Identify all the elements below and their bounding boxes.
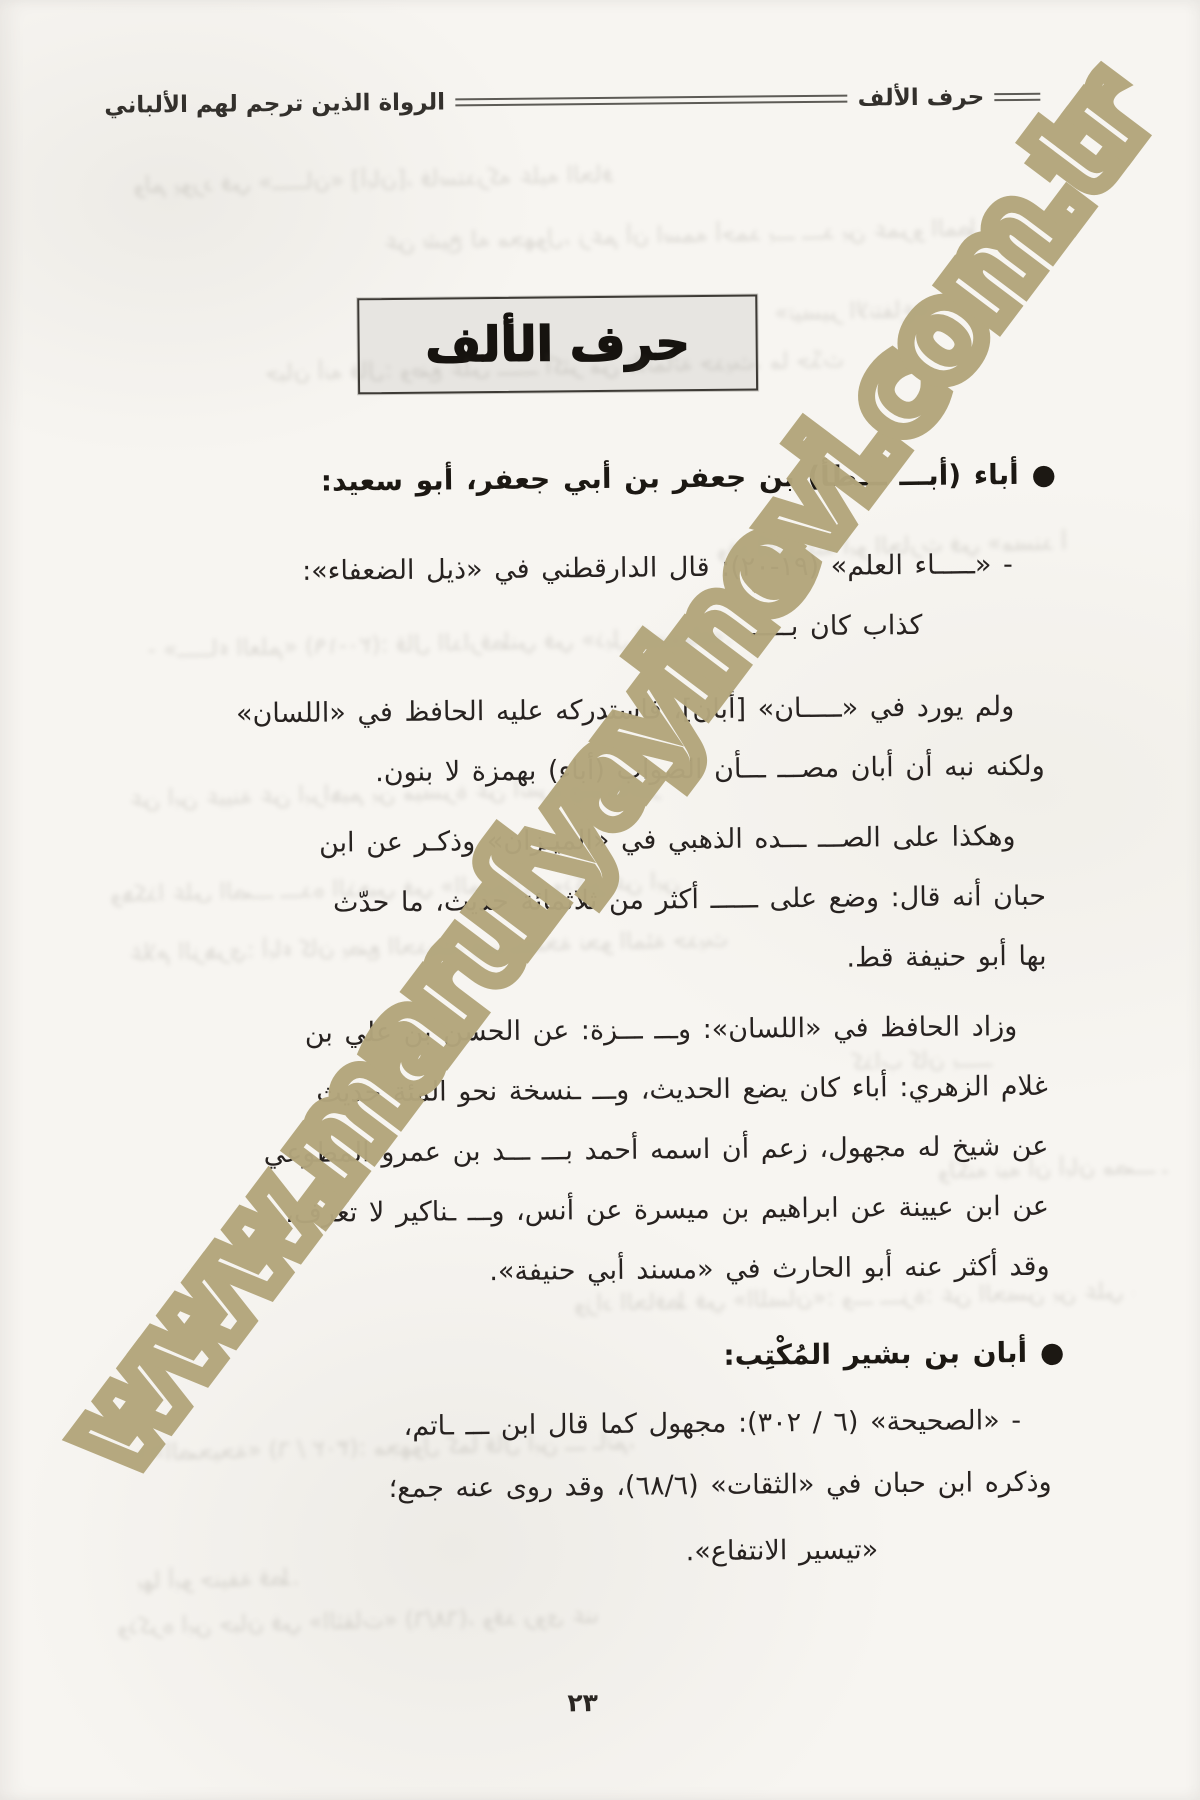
bleedthrough-text: عن شيخ له مجهول، زعم أن اسمه أحمد بـــ ـ… <box>383 215 973 255</box>
entry-heading: ● أباء (أبـــ ـــطأ) بن جعفر بن أبي جعفر… <box>321 456 1057 501</box>
running-header: حرف الألف الرواة الذين ترجم لهم الألباني <box>104 80 1040 123</box>
header-rule-center <box>455 95 848 107</box>
body-line: - «ـــــاء العلم» (١٩-٢٠): قال الدارقطني… <box>302 546 1013 591</box>
body-line: وذكره ابن حبان في «الثقات» (٦٨/٦)، وقد ر… <box>388 1464 1051 1508</box>
body-line: ولكنه نبه أن أبان مصـــ ـــأن الصواب (أب… <box>375 748 1045 792</box>
body-line: غلام الزهري: أباء كان يضع الحديث، وـــ ـ… <box>316 1068 1048 1113</box>
chapter-title-box: حرف الألف <box>357 294 758 394</box>
header-rule-right <box>994 93 1040 101</box>
body-line: حبان أنه قال: وضع على ــــــ أكثر من ثلا… <box>333 878 1046 923</box>
page-scan-tilt-wrapper: حرف الألف الرواة الذين ترجم لهم الألباني… <box>0 0 1200 1800</box>
body-line: وهكذا على الصـــ ـــده الذهبي في «الميـز… <box>319 818 1016 863</box>
body-line: عن ابن عيينة عن ابراهيم بن ميسرة عن أنس،… <box>285 1188 1049 1233</box>
header-section-label: حرف الألف <box>858 84 985 111</box>
chapter-title: حرف الألف <box>425 315 690 374</box>
body-line: - «الصحيحة» (٦ / ٣٠٢): مجهول كما قال ابن… <box>403 1402 1021 1446</box>
header-book-title: الرواة الذين ترجم لهم الألباني <box>104 89 445 118</box>
bleedthrough-text: «تيسير الانتفاع». <box>774 293 1075 326</box>
body-line: وزاد الحافظ في «اللسان»: وـــ ـــزة: عن … <box>305 1008 1018 1053</box>
entry-heading: ● أبان بن بشير المُكْتِب: <box>723 1334 1064 1375</box>
bleedthrough-text: بها أبو حنيفة قط. <box>136 1545 1146 1595</box>
body-line: عن شيخ له مجهول، زعم أن اسمه أحمد بـــ ـ… <box>264 1128 1049 1174</box>
page-number: ٢٣ <box>538 1688 628 1718</box>
body-line: وقد أكثر عنه أبو الحارث في «مسند أبي حني… <box>489 1248 1050 1291</box>
body-line: «تيسير الانتفاع». <box>686 1531 879 1571</box>
scanned-book-page: حرف الألف الرواة الذين ترجم لهم الألباني… <box>0 0 1200 1800</box>
bleedthrough-text: ولم يورد في «ـــــان» [أبان]، فاستدركه ع… <box>133 161 613 198</box>
bleedthrough-text: وذكره ابن حبان في «الثقات» (٦٨/٦)، وقد ر… <box>117 1603 597 1640</box>
quote-line: كذاب كان بـــــ <box>751 607 922 647</box>
body-line: بها أبو حنيفة قط. <box>846 938 1046 978</box>
body-line: ولم يورد في «ـــــان» [أبان]، فاستدركه ع… <box>236 688 1015 733</box>
